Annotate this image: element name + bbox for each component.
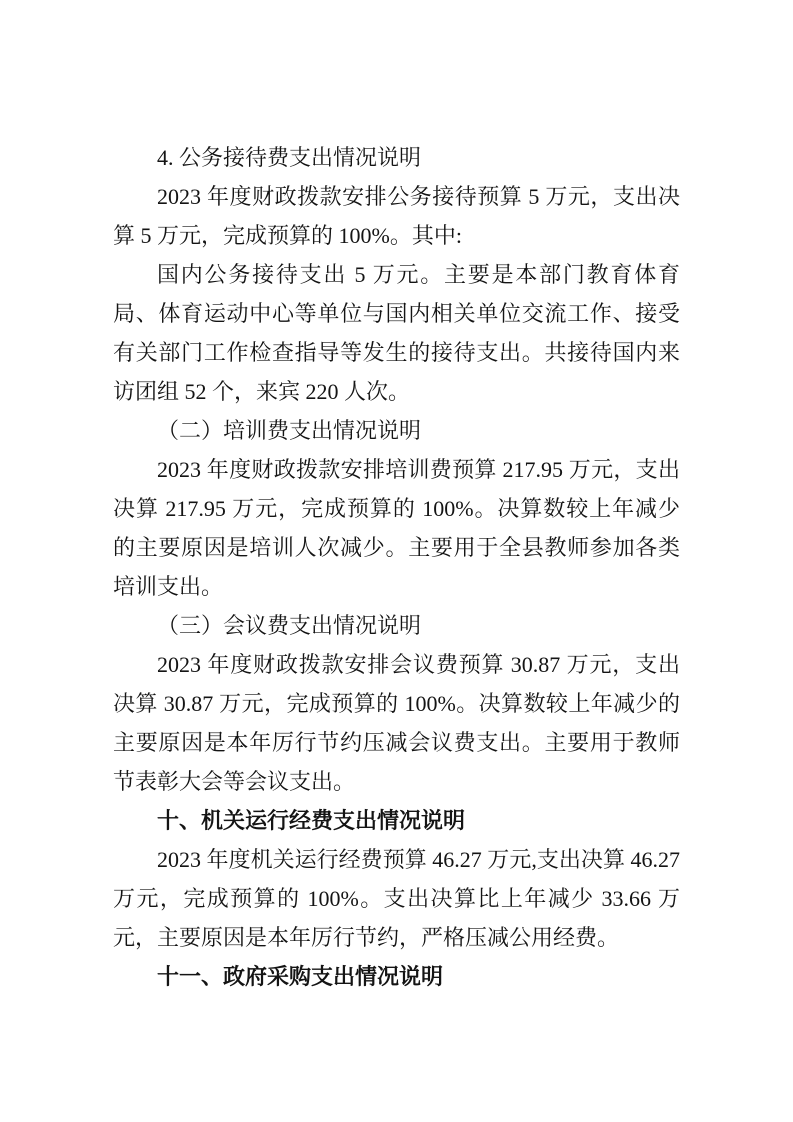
heading-training-fee-expense: （二）培训费支出情况说明 xyxy=(113,411,680,450)
para-reception-budget-summary: 2023 年度财政拨款安排公务接待预算 5 万元，支出决算 5 万元，完成预算的… xyxy=(113,177,680,255)
para-domestic-reception-detail: 国内公务接待支出 5 万元。主要是本部门教育体育局、体育运动中心等单位与国内相关… xyxy=(113,255,680,411)
para-training-fee-detail: 2023 年度财政拨款安排培训费预算 217.95 万元，支出决算 217.95… xyxy=(113,450,680,606)
heading-official-reception-expense: 4. 公务接待费支出情况说明 xyxy=(113,138,680,177)
para-agency-operating-detail: 2023 年度机关运行经费预算 46.27 万元,支出决算 46.27 万元，完… xyxy=(113,840,680,957)
heading-conference-fee-expense: （三）会议费支出情况说明 xyxy=(113,606,680,645)
heading-agency-operating-expense: 十、机关运行经费支出情况说明 xyxy=(113,801,680,840)
para-conference-fee-detail: 2023 年度财政拨款安排会议费预算 30.87 万元，支出决算 30.87 万… xyxy=(113,645,680,801)
heading-government-procurement-expense: 十一、政府采购支出情况说明 xyxy=(113,957,680,996)
document-content: 4. 公务接待费支出情况说明 2023 年度财政拨款安排公务接待预算 5 万元，… xyxy=(113,138,680,996)
document-page: 4. 公务接待费支出情况说明 2023 年度财政拨款安排公务接待预算 5 万元，… xyxy=(0,0,793,1122)
